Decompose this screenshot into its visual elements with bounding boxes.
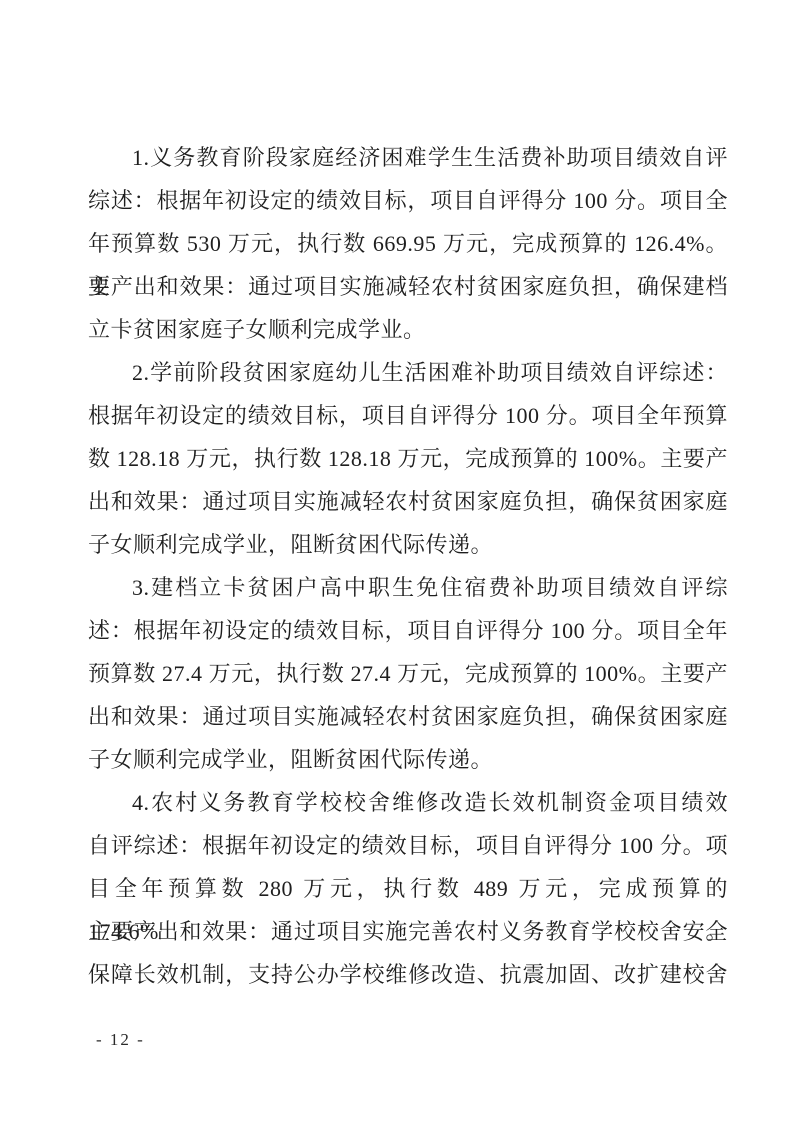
page-number: - 12 -	[96, 1030, 145, 1050]
text-line: 1.义务教育阶段家庭经济困难学生生活费补助项目绩效自评	[88, 136, 728, 179]
text-line: 根据年初设定的绩效目标，项目自评得分 100 分。项目全年预算	[88, 394, 728, 437]
text-line: 保障长效机制，支持公办学校维修改造、抗震加固、改扩建校舍	[88, 953, 728, 996]
paragraph-4: 4.农村义务教育学校校舍维修改造长效机制资金项目绩效 自评综述：根据年初设定的绩…	[88, 781, 728, 996]
text-line: 数 128.18 万元，执行数 128.18 万元，完成预算的 100%。主要产	[88, 437, 728, 480]
text-line: 述：根据年初设定的绩效目标，项目自评得分 100 分。项目全年	[88, 609, 728, 652]
text-line: 出和效果：通过项目实施减轻农村贫困家庭负担，确保贫困家庭	[88, 695, 728, 738]
text-line: 自评综述：根据年初设定的绩效目标，项目自评得分 100 分。项	[88, 824, 728, 867]
text-line: 要产出和效果：通过项目实施减轻农村贫困家庭负担，确保建档	[88, 265, 728, 308]
text-line: 目全年预算数 280 万元，执行数 489 万元，完成预算的 174.6%。	[88, 867, 728, 910]
text-line: 4.农村义务教育学校校舍维修改造长效机制资金项目绩效	[88, 781, 728, 824]
text-line: 2.学前阶段贫困家庭幼儿生活困难补助项目绩效自评综述：	[88, 351, 728, 394]
text-line: 综述：根据年初设定的绩效目标，项目自评得分 100 分。项目全	[88, 179, 728, 222]
text-line: 主要产出和效果：通过项目实施完善农村义务教育学校校舍安全	[88, 910, 728, 953]
text-line: 年预算数 530 万元，执行数 669.95 万元，完成预算的 126.4%。主	[88, 222, 728, 265]
text-line: 3.建档立卡贫困户高中职生免住宿费补助项目绩效自评综	[88, 566, 728, 609]
document-body: 1.义务教育阶段家庭经济困难学生生活费补助项目绩效自评 综述：根据年初设定的绩效…	[88, 136, 728, 996]
paragraph-3: 3.建档立卡贫困户高中职生免住宿费补助项目绩效自评综 述：根据年初设定的绩效目标…	[88, 566, 728, 781]
document-page: 1.义务教育阶段家庭经济困难学生生活费补助项目绩效自评 综述：根据年初设定的绩效…	[0, 0, 793, 1122]
text-line: 子女顺利完成学业，阻断贫困代际传递。	[88, 738, 728, 781]
text-line: 出和效果：通过项目实施减轻农村贫困家庭负担，确保贫困家庭	[88, 480, 728, 523]
text-line: 预算数 27.4 万元，执行数 27.4 万元，完成预算的 100%。主要产	[88, 652, 728, 695]
paragraph-1: 1.义务教育阶段家庭经济困难学生生活费补助项目绩效自评 综述：根据年初设定的绩效…	[88, 136, 728, 351]
text-line: 子女顺利完成学业，阻断贫困代际传递。	[88, 523, 728, 566]
paragraph-2: 2.学前阶段贫困家庭幼儿生活困难补助项目绩效自评综述： 根据年初设定的绩效目标，…	[88, 351, 728, 566]
text-line: 立卡贫困家庭子女顺利完成学业。	[88, 308, 728, 351]
